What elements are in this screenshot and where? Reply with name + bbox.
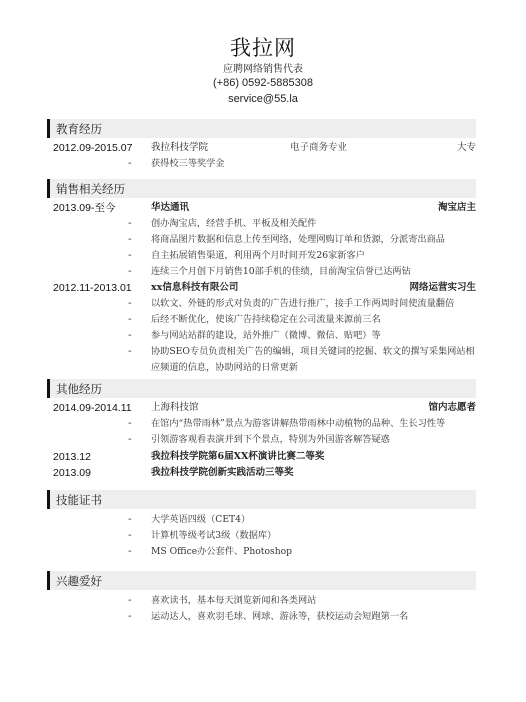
- bullet-text: 计算机等级考试3级（数据库）: [151, 528, 481, 544]
- experience-entry: 2012.11-2013.01 xx信息科技有限公司 网络运营实习生: [0, 280, 526, 296]
- award-text: 我拉科技学院第6届XX杯演讲比赛二等奖: [151, 449, 324, 465]
- bullet-marker: -: [128, 512, 132, 528]
- section-marker: [47, 179, 50, 198]
- email-address: service@55.la: [0, 93, 526, 105]
- bullet-marker: -: [128, 296, 132, 312]
- education-entry: 2012.09-2015.07 我拉科技学院 电子商务专业 大专: [0, 140, 526, 156]
- section-title: 教育经历: [56, 121, 102, 137]
- section-marker: [47, 379, 50, 398]
- bullet-text: 自主拓展销售渠道，利用两个月时间开发26家新客户: [151, 248, 481, 264]
- bullet-text: 在馆内“热带雨林”景点为游客讲解热带雨林中动植物的品种、生长习性等: [151, 416, 481, 432]
- bullet-text: 以软文、外链的形式对负责的广告进行推广，接手工作两周时间使流量翻倍: [151, 296, 481, 312]
- bullet-item: - 运动达人，喜欢羽毛球、网球、游泳等，获校运动会短跑第一名: [0, 609, 526, 625]
- award-date: 2013.12: [53, 449, 91, 465]
- bullet-marker: -: [128, 528, 132, 544]
- bullet-item: - 后经不断优化，使该广告持续稳定在公司流量来源前三名: [0, 312, 526, 328]
- bullet-text: 创办淘宝店，经营手机、平板及相关配件: [151, 216, 481, 232]
- bullet-item: - MS Office办公套件、Photoshop: [0, 544, 526, 560]
- section-header-skills: 技能证书: [47, 490, 476, 509]
- job-role: 馆内志愿者: [428, 400, 476, 416]
- job-role: 淘宝店主: [438, 200, 476, 216]
- bullet-text: MS Office办公套件、Photoshop: [151, 544, 481, 560]
- bullet-text: 喜欢读书，基本每天浏览新闻和各类网站: [151, 593, 481, 609]
- entry-date: 2012.09-2015.07: [53, 140, 132, 156]
- section-header-other: 其他经历: [47, 379, 476, 398]
- award-date: 2013.09: [53, 465, 91, 481]
- bullet-item: - 大学英语四级（CET4）: [0, 512, 526, 528]
- bullet-item: - 创办淘宝店，经营手机、平板及相关配件: [0, 216, 526, 232]
- bullet-text: 获得校三等奖学金: [151, 156, 481, 172]
- bullet-marker: -: [128, 232, 132, 248]
- award-entry: 2013.12 我拉科技学院第6届XX杯演讲比赛二等奖: [0, 449, 526, 465]
- bullet-text: 参与网站站群的建设，站外推广（微博、微信、贴吧）等: [151, 328, 481, 344]
- bullet-text: 连续三个月创下月销售10部手机的佳绩，目前淘宝信誉已达两钻: [151, 264, 481, 280]
- bullet-marker: -: [128, 416, 132, 432]
- section-marker: [47, 571, 50, 590]
- degree: 大专: [457, 140, 476, 156]
- bullet-marker: -: [128, 609, 132, 625]
- section-title: 技能证书: [56, 492, 102, 508]
- bullet-item: - 引领游客观看表演并到下个景点，特别为外国游客解答疑惑: [0, 432, 526, 448]
- phone-number: (+86) 0592-5885308: [0, 77, 526, 89]
- award-entry: 2013.09 我拉科技学院创新实践活动三等奖: [0, 465, 526, 481]
- company-name: 华达通讯: [151, 200, 189, 216]
- section-marker: [47, 119, 50, 138]
- bullet-text: 大学英语四级（CET4）: [151, 512, 481, 528]
- section-header-education: 教育经历: [47, 119, 476, 138]
- section-title: 其他经历: [56, 381, 102, 397]
- bullet-marker: -: [128, 432, 132, 448]
- bullet-marker: -: [128, 328, 132, 344]
- bullet-marker: -: [128, 593, 132, 609]
- bullet-item: - 计算机等级考试3级（数据库）: [0, 528, 526, 544]
- section-title: 销售相关经历: [56, 181, 125, 197]
- section-header-sales: 销售相关经历: [47, 179, 476, 198]
- bullet-marker: -: [128, 344, 132, 360]
- bullet-marker: -: [128, 264, 132, 280]
- bullet-marker: -: [128, 156, 132, 172]
- bullet-item: - 获得校三等奖学金: [0, 156, 526, 172]
- entry-date: 2014.09-2014.11: [53, 400, 132, 416]
- experience-entry: 2014.09-2014.11 上海科技馆 馆内志愿者: [0, 400, 526, 416]
- organization-name: 上海科技馆: [151, 400, 199, 416]
- job-role: 网络运营实习生: [409, 280, 476, 296]
- entry-date: 2013.09-至今: [53, 200, 115, 216]
- bullet-marker: -: [128, 216, 132, 232]
- bullet-item: - 喜欢读书，基本每天浏览新闻和各类网站: [0, 593, 526, 609]
- bullet-text: 将商品图片数据和信息上传至网络，处理网购订单和货源，分派寄出商品: [151, 232, 481, 248]
- bullet-item: - 在馆内“热带雨林”景点为游客讲解热带雨林中动植物的品种、生长习性等: [0, 416, 526, 432]
- bullet-item: - 以软文、外链的形式对负责的广告进行推广，接手工作两周时间使流量翻倍: [0, 296, 526, 312]
- job-objective: 应聘网络销售代表: [0, 60, 526, 75]
- bullet-marker: -: [128, 312, 132, 328]
- bullet-text: 引领游客观看表演并到下个景点，特别为外国游客解答疑惑: [151, 432, 481, 448]
- award-text: 我拉科技学院创新实践活动三等奖: [151, 465, 294, 481]
- bullet-item: - 协助SEO专员负责相关广告的编辑，项目关键词的挖掘、软文的撰写采集网站相应频…: [0, 344, 526, 376]
- bullet-marker: -: [128, 544, 132, 560]
- company-name: xx信息科技有限公司: [151, 280, 238, 296]
- section-title: 兴趣爱好: [56, 573, 102, 589]
- major: 电子商务专业: [290, 140, 347, 156]
- bullet-text: 后经不断优化，使该广告持续稳定在公司流量来源前三名: [151, 312, 481, 328]
- school-name: 我拉科技学院: [151, 140, 208, 156]
- bullet-item: - 自主拓展销售渠道，利用两个月时间开发26家新客户: [0, 248, 526, 264]
- experience-entry: 2013.09-至今 华达通讯 淘宝店主: [0, 200, 526, 216]
- entry-date: 2012.11-2013.01: [53, 280, 132, 296]
- bullet-text: 运动达人，喜欢羽毛球、网球、游泳等，获校运动会短跑第一名: [151, 609, 481, 625]
- bullet-item: - 将商品图片数据和信息上传至网络，处理网购订单和货源，分派寄出商品: [0, 232, 526, 248]
- bullet-item: - 连续三个月创下月销售10部手机的佳绩，目前淘宝信誉已达两钻: [0, 264, 526, 280]
- bullet-item: - 参与网站站群的建设，站外推广（微博、微信、贴吧）等: [0, 328, 526, 344]
- section-marker: [47, 490, 50, 509]
- bullet-text: 协助SEO专员负责相关广告的编辑，项目关键词的挖掘、软文的撰写采集网站相应频道的…: [151, 344, 476, 376]
- section-header-hobbies: 兴趣爱好: [47, 571, 476, 590]
- bullet-marker: -: [128, 248, 132, 264]
- candidate-name: 我拉网: [0, 32, 526, 62]
